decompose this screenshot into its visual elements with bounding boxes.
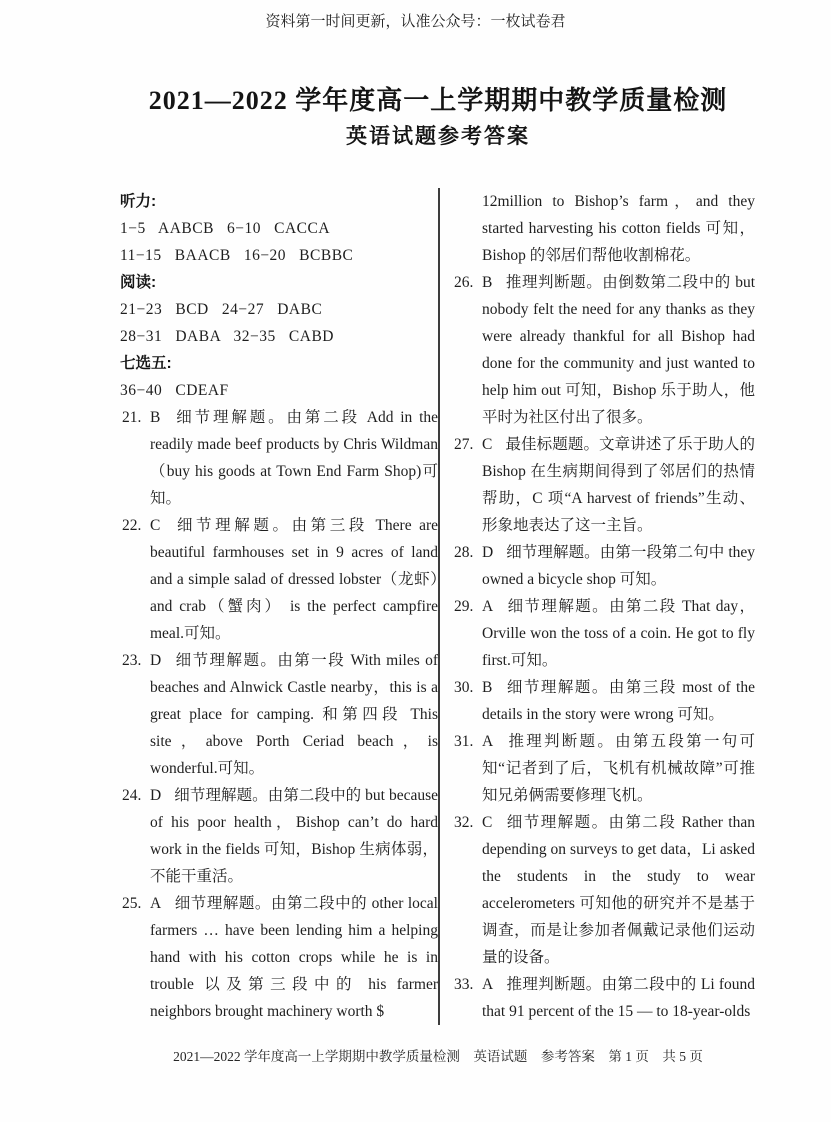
answer-item-32: 32.C细节理解题。由第二段 Rather than depending on … [452, 809, 755, 971]
item-number: 33. [454, 971, 473, 998]
section-listening-label: 听力: [120, 188, 438, 215]
document-title: 2021—2022 学年度高一上学期期中教学质量检测 [120, 80, 756, 117]
item-number: 22. [122, 512, 141, 539]
item-answer: B [482, 274, 492, 291]
answer-item-30: 30.B细节理解题。由第三段 most of the details in th… [452, 674, 755, 728]
item-answer: A [482, 733, 493, 750]
item-answer: B [150, 409, 160, 426]
item-number: 26. [454, 269, 473, 296]
document-page: 资料第一时间更新，认准公众号：一枚试卷君 2021—2022 学年度高一上学期期… [0, 0, 831, 1122]
item-number: 24. [122, 782, 141, 809]
item-answer: A [482, 598, 493, 615]
item-answer: D [150, 652, 161, 669]
answer-item-28: 28.D细节理解题。由第一段第二句中 they owned a bicycle … [452, 539, 755, 593]
item-explanation: 细节理解题。由第一段 With miles of beaches and Aln… [150, 652, 438, 777]
page-footer: 2021—2022 学年度高一上学期期中教学质量检测 英语试题 参考答案 第 1… [120, 1045, 756, 1065]
item-explanation: 细节理解题。由第三段 There are beautiful farmhouse… [150, 517, 438, 642]
item-answer: C [150, 517, 160, 534]
item-number: 23. [122, 647, 141, 674]
item-explanation-continuation: 12million to Bishop’s farm，and they star… [482, 193, 755, 264]
item-answer: A [150, 895, 161, 912]
reading-answers-row-1: 21−23 BCD 24−27 DABC [120, 296, 438, 323]
answer-item-33: 33.A推理判断题。由第二段中的 Li found that 91 percen… [452, 971, 755, 1025]
answer-item-27: 27.C最佳标题题。文章讲述了乐于助人的 Bishop 在生病期间得到了邻居们的… [452, 431, 755, 539]
item-number: 25. [122, 890, 141, 917]
item-explanation: 细节理解题。由第二段中的 other local farmers … have … [150, 895, 438, 1020]
item-explanation: 细节理解题。由第二段 That day，Orville won the toss… [482, 598, 755, 669]
item-explanation: 细节理解题。由第二段 Add in the readily made beef … [150, 409, 438, 507]
answer-content: 听力: 1−5 AABCB 6−10 CACCA 11−15 BAACB 16−… [120, 188, 755, 1025]
answer-item-23: 23.D细节理解题。由第一段 With miles of beaches and… [120, 647, 438, 782]
document-subtitle: 英语试题参考答案 [120, 120, 756, 150]
answer-item-31: 31.A推理判断题。由第五段第一句可知“记者到了后，飞机有机械故障”可推知兄弟俩… [452, 728, 755, 809]
reading-answers-row-2: 28−31 DABA 32−35 CABD [120, 323, 438, 350]
answer-item-22: 22.C细节理解题。由第三段 There are beautiful farmh… [120, 512, 438, 647]
item-explanation: 细节理解题。由第一段第二句中 they owned a bicycle shop… [482, 544, 755, 588]
item-explanation: 细节理解题。由第三段 most of the details in the st… [482, 679, 755, 723]
answer-item-25-continuation: 12million to Bishop’s farm，and they star… [452, 188, 755, 269]
right-column: 12million to Bishop’s farm，and they star… [438, 188, 755, 1025]
item-answer: B [482, 679, 492, 696]
answer-item-24: 24.D细节理解题。由第二段中的 but because of his poor… [120, 782, 438, 890]
answer-item-29: 29.A细节理解题。由第二段 That day，Orville won the … [452, 593, 755, 674]
top-note: 资料第一时间更新，认准公众号：一枚试卷君 [0, 10, 831, 31]
item-number: 21. [122, 404, 141, 431]
listening-answers-row-1: 1−5 AABCB 6−10 CACCA [120, 215, 438, 242]
answer-item-21: 21.B细节理解题。由第二段 Add in the readily made b… [120, 404, 438, 512]
left-column: 听力: 1−5 AABCB 6−10 CACCA 11−15 BAACB 16−… [120, 188, 438, 1025]
item-explanation: 细节理解题。由第二段 Rather than depending on surv… [482, 814, 755, 966]
item-number: 27. [454, 431, 473, 458]
cloze-answers-row-1: 36−40 CDEAF [120, 377, 438, 404]
item-explanation: 推理判断题。由第五段第一句可知“记者到了后，飞机有机械故障”可推知兄弟俩需要修理… [482, 733, 755, 804]
item-explanation: 推理判断题。由第二段中的 Li found that 91 percent of… [482, 976, 755, 1020]
item-number: 28. [454, 539, 473, 566]
item-number: 30. [454, 674, 473, 701]
item-answer: C [482, 436, 492, 453]
answer-item-26: 26.B推理判断题。由倒数第二段中的 but nobody felt the n… [452, 269, 755, 431]
item-explanation: 细节理解题。由第二段中的 but because of his poor hea… [150, 787, 438, 885]
item-answer: A [482, 976, 493, 993]
item-number: 29. [454, 593, 473, 620]
item-answer: D [482, 544, 493, 561]
section-cloze-label: 七选五: [120, 350, 438, 377]
item-number: 32. [454, 809, 473, 836]
answer-item-25: 25.A细节理解题。由第二段中的 other local farmers … h… [120, 890, 438, 1025]
item-answer: C [482, 814, 492, 831]
item-explanation: 推理判断题。由倒数第二段中的 but nobody felt the need … [482, 274, 755, 426]
section-reading-label: 阅读: [120, 269, 438, 296]
item-answer: D [150, 787, 161, 804]
item-explanation: 最佳标题题。文章讲述了乐于助人的 Bishop 在生病期间得到了邻居们的热情帮助… [482, 436, 755, 534]
listening-answers-row-2: 11−15 BAACB 16−20 BCBBC [120, 242, 438, 269]
item-number: 31. [454, 728, 473, 755]
